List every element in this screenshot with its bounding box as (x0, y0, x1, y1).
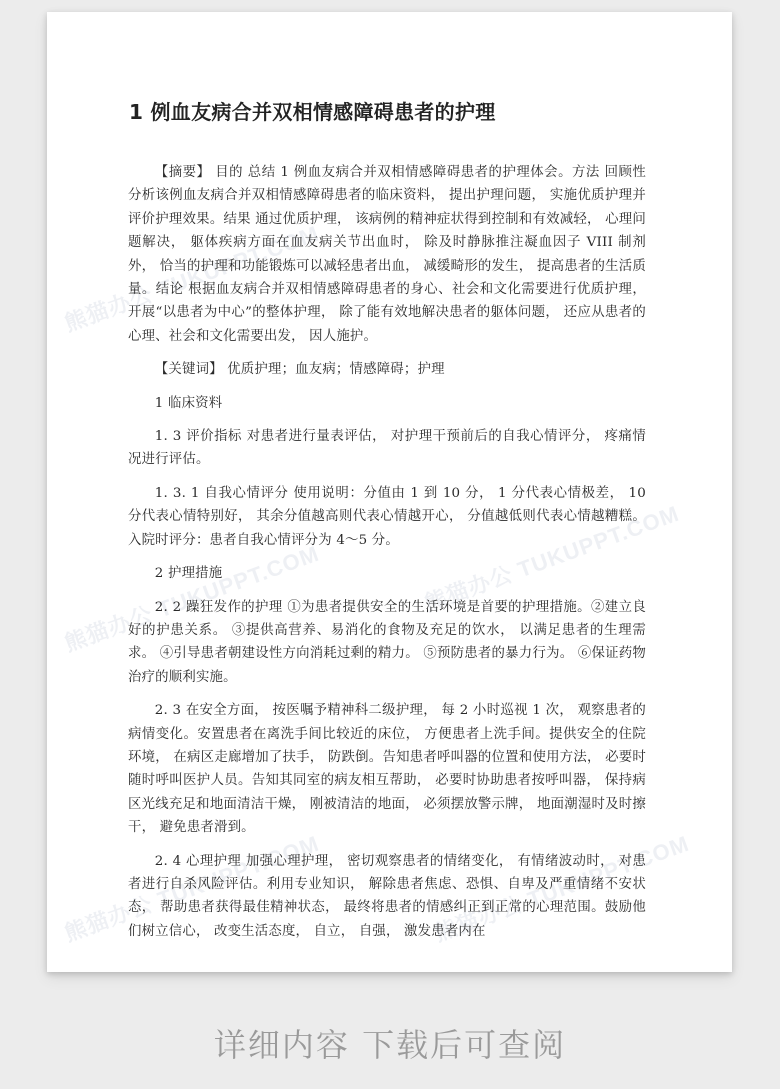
document-page: 熊猫办公 TUKUPPT.COM 熊猫办公 TUKUPPT.COM 熊猫办公 T… (47, 12, 732, 972)
paragraph-psychological-care: 2. 4 心理护理 加强心理护理， 密切观察患者的情绪变化， 有情绪波动时， 对… (128, 850, 646, 944)
document-title: 1 例血友病合并双相情感障碍患者的护理 (129, 96, 496, 125)
section-heading-clinical-data: 1 临床资料 (128, 392, 646, 415)
paragraph-safety: 2. 3 在安全方面， 按医嘱予精神科二级护理， 每 2 小时巡视 1 次， 观… (128, 699, 646, 839)
paragraph-evaluation-indicators: 1. 3 评价指标 对患者进行量表评估， 对护理干预前后的自我心情评分， 疼痛情… (128, 425, 646, 472)
download-hint: 详细内容 下载后可查阅 (0, 1020, 780, 1066)
abstract-paragraph: 【摘要】 目的 总结 1 例血友病合并双相情感障碍患者的护理体会。方法 回顾性分… (128, 161, 646, 348)
paragraph-mood-score: 1. 3. 1 自我心情评分 使用说明：分值由 1 到 10 分， 1 分代表心… (128, 482, 646, 552)
keywords-paragraph: 【关键词】 优质护理；血友病；情感障碍；护理 (128, 358, 646, 381)
document-body: 【摘要】 目的 总结 1 例血友病合并双相情感障碍患者的护理体会。方法 回顾性分… (128, 161, 646, 953)
paragraph-manic-care: 2. 2 躁狂发作的护理 ①为患者提供安全的生活环境是首要的护理措施。②建立良好… (128, 596, 646, 690)
section-heading-nursing-measures: 2 护理措施 (128, 562, 646, 585)
